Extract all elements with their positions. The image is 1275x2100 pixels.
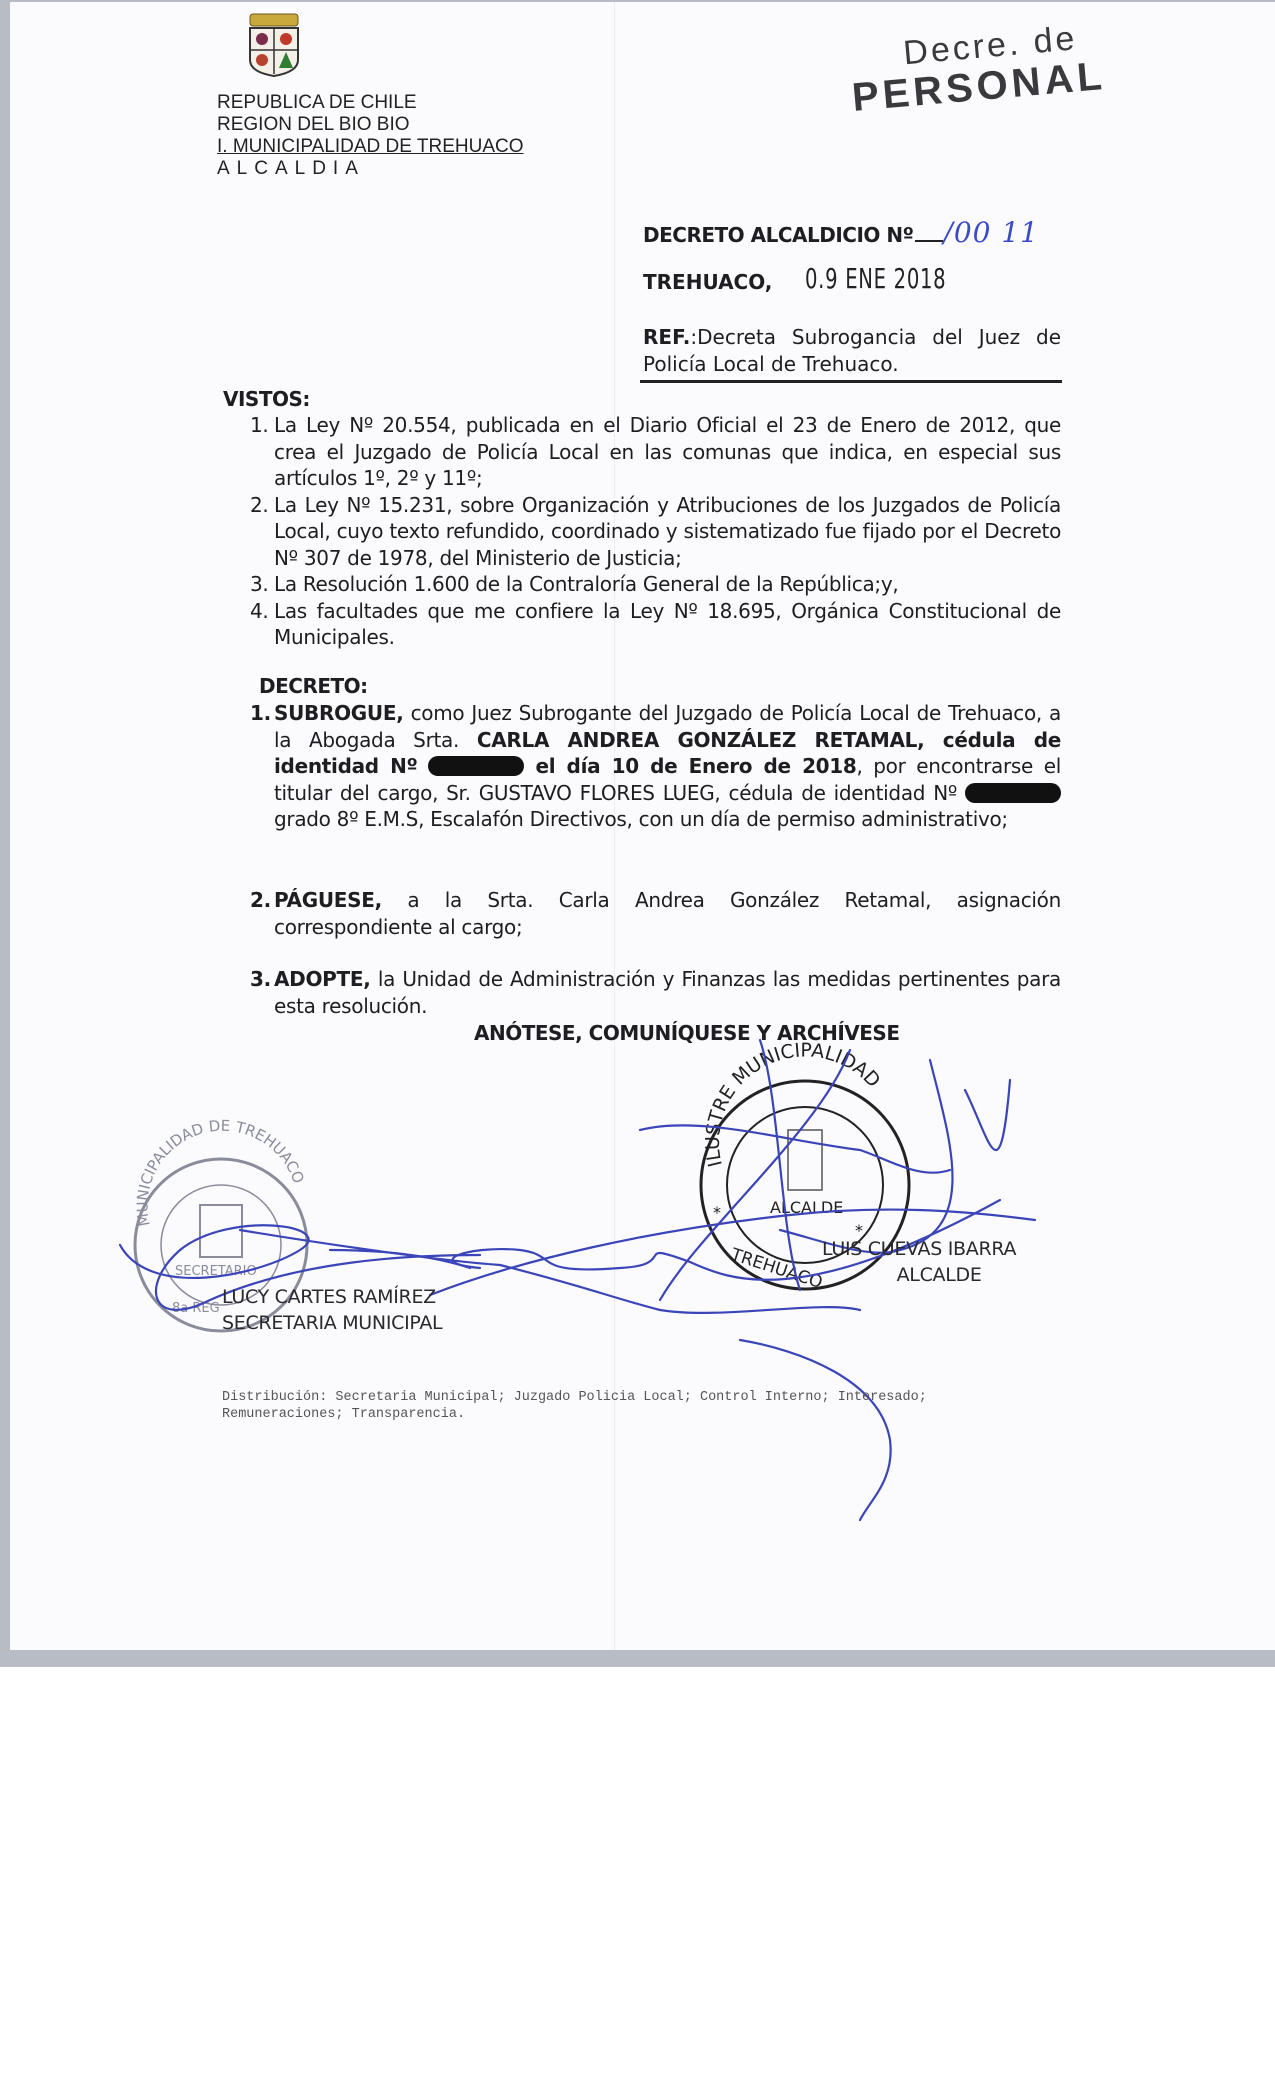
item-text: a la Srta. Carla Andrea González Retamal…	[274, 888, 1061, 939]
decree-number-label: DECRETO ALCALDICIO Nº	[643, 223, 913, 247]
decreto-item-1: 1.SUBROGUE, como Juez Subrogante del Juz…	[218, 700, 1061, 833]
vistos-item: 3.La Resolución 1.600 de la Contraloría …	[218, 571, 1061, 598]
distribution-line-2: Remuneraciones; Transparencia.	[222, 1406, 927, 1423]
vistos-item: 4.Las facultades que me confiere la Ley …	[218, 598, 1061, 651]
item-number: 1.	[250, 412, 268, 439]
mayor-name: LUIS CUEVAS IBARRA	[822, 1236, 1016, 1262]
distribution-list: Distribución: Secretaria Municipal; Juzg…	[222, 1389, 927, 1423]
ref-label: REF.	[643, 325, 690, 349]
redacted-id	[428, 756, 524, 776]
item-text: la Unidad de Administración y Finanzas l…	[274, 967, 1061, 1018]
decreto-title: DECRETO:	[259, 674, 368, 698]
effective-date: el día 10 de Enero de 2018	[524, 754, 856, 778]
letterhead-municipality: I. MUNICIPALIDAD DE TREHUACO	[217, 136, 524, 158]
decree-number-handwritten: 00 11	[954, 216, 1039, 249]
letterhead-office: ALCALDIA	[217, 158, 524, 180]
item-verb: SUBROGUE,	[274, 701, 404, 725]
item-text: La Resolución 1.600 de la Contraloría Ge…	[274, 572, 898, 596]
decree-place: TREHUACO,	[643, 270, 772, 294]
decreto-item-2: 2.PÁGUESE, a la Srta. Carla Andrea Gonzá…	[218, 887, 1061, 940]
item-text: La Ley Nº 20.554, publicada en el Diario…	[274, 413, 1061, 490]
item-number: 3.	[250, 966, 271, 993]
decreto-item: 1.SUBROGUE, como Juez Subrogante del Juz…	[218, 700, 1061, 833]
item-number: 4.	[250, 598, 268, 625]
distribution-line-1: Distribución: Secretaria Municipal; Juzg…	[222, 1389, 927, 1406]
ref-text: :Decreta Subrogancia del Juez de Policía…	[643, 325, 1061, 376]
item-number: 3.	[250, 571, 268, 598]
decree-reference: REF.:Decreta Subrogancia del Juez de Pol…	[643, 324, 1061, 378]
secretary-signature-block: LUCY CARTES RAMÍREZ SECRETARIA MUNICIPAL	[222, 1284, 442, 1336]
decree-number: DECRETO ALCALDICIO Nº/00 11	[643, 216, 1039, 249]
date-stamp: 0.9 ENE 2018	[805, 262, 946, 295]
vistos-item: 2.La Ley Nº 15.231, sobre Organización y…	[218, 492, 1061, 572]
item-text: grado 8º E.M.S, Escalafón Directivos, co…	[274, 807, 1008, 831]
municipal-crest-icon	[244, 12, 304, 78]
item-number: 1.	[250, 700, 271, 727]
secretary-name: LUCY CARTES RAMÍREZ	[222, 1284, 442, 1310]
item-verb: ADOPTE,	[274, 967, 371, 991]
ref-underline	[640, 380, 1062, 383]
item-text: Las facultades que me confiere la Ley Nº…	[274, 599, 1061, 650]
letterhead: REPUBLICA DE CHILE REGION DEL BIO BIO I.…	[217, 92, 524, 180]
decreto-item-3: 3.ADOPTE, la Unidad de Administración y …	[218, 966, 1061, 1019]
redacted-id	[965, 783, 1061, 803]
item-text: La Ley Nº 15.231, sobre Organización y A…	[274, 493, 1061, 570]
mayor-signature-block: LUIS CUEVAS IBARRA ALCALDE	[822, 1236, 1016, 1288]
letterhead-region: REGION DEL BIO BIO	[217, 114, 524, 136]
closing-formula: ANÓTESE, COMUNÍQUESE Y ARCHÍVESE	[474, 1021, 899, 1045]
decreto-item: 3.ADOPTE, la Unidad de Administración y …	[218, 966, 1061, 1019]
letterhead-country: REPUBLICA DE CHILE	[217, 92, 524, 114]
item-number: 2.	[250, 887, 271, 914]
vistos-title: VISTOS:	[223, 387, 310, 411]
vistos-list: 1.La Ley Nº 20.554, publicada en el Diar…	[218, 412, 1061, 651]
item-number: 2.	[250, 492, 268, 519]
vistos-item: 1.La Ley Nº 20.554, publicada en el Diar…	[218, 412, 1061, 492]
item-verb: PÁGUESE,	[274, 888, 382, 912]
mayor-title: ALCALDE	[862, 1262, 1016, 1288]
secretary-title: SECRETARIA MUNICIPAL	[222, 1310, 442, 1336]
decreto-item: 2.PÁGUESE, a la Srta. Carla Andrea Gonzá…	[218, 887, 1061, 940]
decree-number-slash: /	[943, 216, 953, 249]
